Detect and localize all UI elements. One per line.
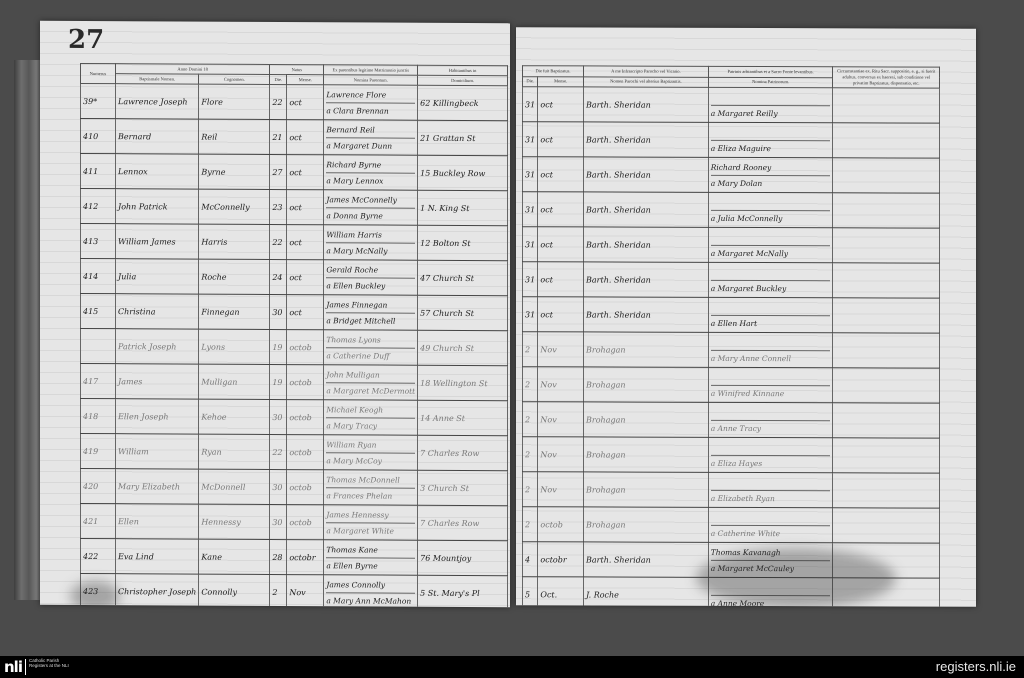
birth-day: 2 <box>270 574 287 607</box>
baptism-day: 2 <box>523 367 538 402</box>
mother: a Margaret McDermott <box>326 383 415 398</box>
birth-day: 30 <box>270 469 287 504</box>
father: James Hennessy <box>326 507 415 523</box>
sponsor-godfather <box>711 509 831 525</box>
birth-day: 19 <box>270 364 287 399</box>
baptismal-name: Lawrence Joseph <box>116 84 199 119</box>
minister: Brohagan <box>584 332 709 367</box>
header-residence: Habitantibus in <box>418 65 508 75</box>
baptism-month: octob <box>538 507 584 542</box>
entry-number: 417 <box>81 363 116 398</box>
header-domicile: Domicilium. <box>418 75 508 85</box>
entry-number: 422 <box>81 538 116 573</box>
baptism-month: oct <box>538 192 584 227</box>
baptismal-name: Christopher Joseph <box>116 574 199 608</box>
birth-month: oct <box>287 155 324 190</box>
birth-month: oct <box>287 225 324 260</box>
entry-number: 410 <box>81 118 116 153</box>
baptism-day: 31 <box>523 227 538 262</box>
table-row: 2octobBrohagan a Catherine White <box>523 507 940 543</box>
sponsor-godmother: a Ellen Hart <box>711 315 831 330</box>
table-row: 413William JamesHarris22octWilliam Harri… <box>81 223 508 260</box>
baptismal-name: Eva Lind <box>116 539 199 574</box>
address: 7 Charles Row <box>418 505 508 540</box>
address: 12 Bolton St <box>418 225 508 260</box>
sponsors: a Elizabeth Ryan <box>708 472 833 507</box>
minister: Barth. Sheridan <box>584 262 709 297</box>
table-row: 31octBarth. Sheridan a Julia McConnelly <box>523 192 940 228</box>
remarks <box>833 263 940 298</box>
parents: Thomas McDonnella Frances Phelan <box>324 470 418 505</box>
sponsor-godmother: a Winifred Kinnane <box>711 385 831 400</box>
birth-day: 22 <box>270 434 287 469</box>
surname: McDonnell <box>199 469 270 504</box>
baptism-month: Nov <box>538 437 584 472</box>
baptism-day: 31 <box>523 297 538 332</box>
sponsor-godmother: a Mary Dolan <box>711 175 831 190</box>
baptism-month: Nov <box>538 367 584 402</box>
remarks <box>833 193 940 228</box>
sponsor-godmother: a Anne Tracy <box>711 420 831 435</box>
surname: McConnelly <box>199 189 270 224</box>
birth-month: octobr <box>287 540 324 575</box>
address: 21 Grattan St <box>418 120 508 155</box>
mother: a Catherine Duff <box>326 348 415 363</box>
birth-day: 30 <box>270 504 287 539</box>
baptism-day: 31 <box>523 192 538 227</box>
baptismal-name: Ellen <box>116 504 199 539</box>
sponsor-godmother: a Eliza Maguire <box>711 140 831 155</box>
mother: a Mary McNally <box>326 243 415 258</box>
baptism-day: 31 <box>523 262 538 297</box>
remarks <box>833 123 940 158</box>
baptism-month: Nov <box>538 472 584 507</box>
baptism-day: 2 <box>523 507 538 542</box>
header-minister: Nomen Parochi vel alterius Baptizantis. <box>584 76 709 87</box>
header-month: Mense. <box>287 75 324 85</box>
surname: Finnegan <box>199 294 270 329</box>
baptism-month: oct <box>538 87 584 122</box>
baptismal-name: Mary Elizabeth <box>116 469 199 504</box>
header-number: Numerus <box>81 63 116 83</box>
table-row: 423Christopher JosephConnolly2NovJames C… <box>81 573 508 607</box>
birth-day: 27 <box>270 154 287 189</box>
page-stain <box>70 581 120 607</box>
sponsor-godmother: a Julia McConnelly <box>711 210 831 225</box>
parents: William Harrisa Mary McNally <box>324 225 418 260</box>
address: 1 N. King St <box>418 190 508 225</box>
birth-month: octob <box>287 470 324 505</box>
sponsors: a Margaret McNally <box>708 227 833 262</box>
header-parents: Ex parentibus legitime Matrimonio juncti… <box>324 65 418 75</box>
sponsors: a Margaret Reilly <box>708 87 833 122</box>
register-right-page: Die fuit Baptizatus. A me Infrascripto P… <box>516 27 976 607</box>
baptism-table-left: Numerus Anno Domini 18 Natus Ex parentib… <box>80 63 508 607</box>
baptismal-name: William <box>116 434 199 469</box>
sponsors: a Mary Anne Connell <box>708 332 833 367</box>
birth-day: 30 <box>270 294 287 329</box>
entry-number: 413 <box>81 223 116 258</box>
birth-day: 22 <box>270 224 287 259</box>
sponsors: a Eliza Maguire <box>708 122 833 157</box>
birth-month: oct <box>287 85 324 120</box>
birth-month: oct <box>287 295 324 330</box>
parents: Richard Byrnea Mary Lennox <box>324 155 418 190</box>
baptismal-name: Ellen Joseph <box>116 399 199 434</box>
parents: Lawrence Florea Clara Brennan <box>324 85 418 120</box>
table-row: 421EllenHennessy30octobJames Hennessya M… <box>81 503 508 540</box>
birth-month: oct <box>287 260 324 295</box>
parents: James McConnellya Donna Byrne <box>324 190 418 225</box>
father: Gerald Roche <box>326 262 415 278</box>
baptism-month: oct <box>538 262 584 297</box>
parents: John Mulligana Margaret McDermott <box>324 365 418 400</box>
surname: Mulligan <box>199 364 270 399</box>
father: James McConnelly <box>326 192 415 208</box>
remarks <box>833 298 940 333</box>
sponsor-godfather <box>711 299 831 315</box>
birth-day: 28 <box>270 539 287 574</box>
baptism-day: 2 <box>523 332 538 367</box>
address: 57 Church St <box>418 295 508 330</box>
baptism-month: oct <box>538 157 584 192</box>
baptism-day: 2 <box>523 402 538 437</box>
surname: Roche <box>199 259 270 294</box>
remarks <box>833 438 940 473</box>
sponsor-godfather <box>711 229 831 245</box>
address: 15 Buckley Row <box>418 155 508 190</box>
parents: Gerald Rochea Ellen Buckley <box>324 260 418 295</box>
parents: James Connollya Mary Ann McMahon <box>324 575 418 607</box>
sponsor-godmother: a Mary Anne Connell <box>711 350 831 365</box>
minister: Brohagan <box>584 507 709 542</box>
entry-number: 412 <box>81 188 116 223</box>
entry-number: 39* <box>81 83 116 118</box>
birth-month: octob <box>287 365 324 400</box>
sponsor-godfather <box>711 369 831 385</box>
header-born: Natus <box>270 64 324 74</box>
birth-day: 19 <box>270 329 287 364</box>
surname: Reil <box>199 119 270 154</box>
mother: a Margaret Dunn <box>326 138 415 153</box>
entry-number: 415 <box>81 293 116 328</box>
address: 3 Church St <box>418 470 508 505</box>
birth-day: 24 <box>270 259 287 294</box>
entry-number <box>81 328 116 363</box>
remarks <box>833 88 940 123</box>
father: William Harris <box>326 227 415 243</box>
sponsor-godmother: a Elizabeth Ryan <box>711 490 831 505</box>
table-row: 418Ellen JosephKehoe30octobMichael Keogh… <box>81 398 508 435</box>
logo-caption: Catholic Parish Registers at the NLI <box>29 658 69 668</box>
baptismal-name: Christina <box>116 294 199 329</box>
header-day: Die. <box>270 74 287 84</box>
table-row: 2NovBrohagan a Mary Anne Connell <box>523 332 940 368</box>
baptism-table-right: Die fuit Baptizatus. A me Infrascripto P… <box>522 65 940 607</box>
baptismal-name: Lennox <box>116 154 199 189</box>
sponsor-godfather <box>711 474 831 490</box>
baptism-month: octobr <box>538 542 584 577</box>
register-left-page: 27 Numerus Anno Domini 18 Natus Ex paren… <box>40 21 510 607</box>
sponsors: a Margaret Buckley <box>708 262 833 297</box>
sponsors: a Anne Tracy <box>708 402 833 437</box>
remarks <box>833 403 940 438</box>
mother: a Mary McCoy <box>326 453 415 468</box>
parents: Bernard Reila Margaret Dunn <box>324 120 418 155</box>
table-row: 419WilliamRyan22octobWilliam Ryana Mary … <box>81 433 508 470</box>
sponsor-godfather <box>711 124 831 140</box>
baptismal-name: William James <box>116 224 199 259</box>
header-minister-group: A me Infrascripto Parocho vel Vicario. <box>584 66 709 77</box>
birth-day: 23 <box>270 189 287 224</box>
entry-number: 419 <box>81 433 116 468</box>
father: Michael Keogh <box>326 402 415 418</box>
surname: Hennessy <box>199 504 270 539</box>
baptism-day: 5 <box>523 577 538 607</box>
remarks <box>833 228 940 263</box>
mother: a Mary Lennox <box>326 173 415 188</box>
sponsors: a Julia McConnelly <box>708 192 833 227</box>
sponsors: Richard Rooneya Mary Dolan <box>708 157 833 192</box>
sponsor-godfather <box>711 404 831 420</box>
birth-month: octob <box>287 400 324 435</box>
father: Lawrence Flore <box>326 87 415 103</box>
address: 47 Church St <box>418 260 508 295</box>
minister: Brohagan <box>584 437 709 472</box>
sponsor-godfather <box>711 439 831 455</box>
table-row: 2NovBrohagan a Anne Tracy <box>523 402 940 438</box>
remarks <box>833 508 940 543</box>
birth-month: octob <box>287 435 324 470</box>
sponsor-godfather <box>711 89 831 105</box>
mother: a Clara Brennan <box>326 103 415 118</box>
entry-number: 411 <box>81 153 116 188</box>
father: John Mulligan <box>326 367 415 383</box>
sponsors: a Ellen Hart <box>708 297 833 332</box>
surname: Ryan <box>199 434 270 469</box>
father: James Connolly <box>326 577 415 593</box>
header-parents-names: Nomina Parentum. <box>324 75 418 85</box>
table-row: 414JuliaRoche24octGerald Rochea Ellen Bu… <box>81 258 508 295</box>
mother: a Frances Phelan <box>326 488 415 503</box>
baptismal-name: James <box>116 364 199 399</box>
baptism-month: Nov <box>538 332 584 367</box>
sponsor-godmother: a Catherine White <box>711 525 831 540</box>
remarks <box>833 368 940 403</box>
baptism-month: oct <box>538 122 584 157</box>
address: 5 St. Mary's Pl <box>418 575 508 607</box>
minister: Barth. Sheridan <box>584 297 709 332</box>
nli-logo[interactable]: nli <box>4 658 22 676</box>
father: Richard Byrne <box>326 157 415 173</box>
sponsor-godfather <box>711 334 831 350</box>
table-row: 31octBarth. Sheridan a Margaret McNally <box>523 227 940 263</box>
birth-month: octob <box>287 505 324 540</box>
sponsors: a Eliza Hayes <box>708 437 833 472</box>
minister: Brohagan <box>584 402 709 437</box>
mother: a Mary Tracy <box>326 418 415 433</box>
table-row: 417JamesMulligan19octobJohn Mulligana Ma… <box>81 363 508 400</box>
surname: Lyons <box>199 329 270 364</box>
table-row: 2NovBrohagan a Eliza Hayes <box>523 437 940 473</box>
baptismal-name: Julia <box>116 259 199 294</box>
mother: a Margaret White <box>326 523 415 538</box>
birth-day: 21 <box>270 119 287 154</box>
header-bapt-month: Mense. <box>538 76 584 87</box>
sponsor-godmother: a Margaret Buckley <box>711 280 831 295</box>
header-remarks: Circumstantiae ex. Ritu Sacr. suppositio… <box>833 67 940 88</box>
minister: Barth. Sheridan <box>584 87 709 122</box>
header-sponsors-group: Patrinis adstantibus et a Sacro Fonte le… <box>708 66 833 77</box>
father: Thomas Kane <box>326 542 415 558</box>
parents: William Ryana Mary McCoy <box>324 435 418 470</box>
mother: a Ellen Byrne <box>326 558 415 573</box>
birth-day: 22 <box>270 84 287 119</box>
remarks <box>833 333 940 368</box>
entry-number: 418 <box>81 398 116 433</box>
sponsor-godmother: a Margaret McNally <box>711 245 831 260</box>
baptismal-name: Bernard <box>116 119 199 154</box>
father: Thomas Lyons <box>326 332 415 348</box>
table-row: 411LennoxByrne27octRichard Byrnea Mary L… <box>81 153 508 190</box>
table-row: 39*Lawrence JosephFlore22octLawrence Flo… <box>81 83 508 120</box>
birth-month: Nov <box>287 575 324 608</box>
baptismal-name: John Patrick <box>116 189 199 224</box>
parents: Michael Keogha Mary Tracy <box>324 400 418 435</box>
mother: a Ellen Buckley <box>326 278 415 293</box>
sponsor-godfather <box>711 264 831 280</box>
minister: J. Roche <box>584 577 709 607</box>
logo-divider <box>25 659 26 675</box>
sponsors: a Catherine White <box>708 507 833 542</box>
remarks <box>833 158 940 193</box>
table-row: Patrick JosephLyons19octobThomas Lyonsa … <box>81 328 508 365</box>
baptism-day: 31 <box>523 122 538 157</box>
minister: Barth. Sheridan <box>584 227 709 262</box>
page-number: 27 <box>68 25 104 55</box>
entry-number: 420 <box>81 468 116 503</box>
birth-month: octob <box>287 330 324 365</box>
sponsors: a Winifred Kinnane <box>708 367 833 402</box>
table-row: 31octBarth. Sheridan a Margaret Buckley <box>523 262 940 298</box>
address: 49 Church St <box>418 330 508 365</box>
father: James Finnegan <box>326 297 415 313</box>
address: 76 Mountjoy <box>418 540 508 575</box>
baptism-month: oct <box>538 297 584 332</box>
surname: Connolly <box>199 574 270 607</box>
site-link[interactable]: registers.nli.ie <box>936 659 1016 674</box>
baptism-day: 31 <box>523 157 538 192</box>
birth-month: oct <box>287 190 324 225</box>
minister: Barth. Sheridan <box>584 157 709 192</box>
baptism-month: oct <box>538 227 584 262</box>
entry-number: 421 <box>81 503 116 538</box>
father: Bernard Reil <box>326 122 415 138</box>
address: 7 Charles Row <box>418 435 508 470</box>
father: William Ryan <box>326 437 415 453</box>
footer-bar: nli Catholic Parish Registers at the NLI… <box>0 656 1024 678</box>
birth-day: 30 <box>270 399 287 434</box>
header-sponsors: Nomina Patrinorum. <box>708 77 833 88</box>
table-row: 410BernardReil21octBernard Reila Margare… <box>81 118 508 155</box>
baptism-month: Oct. <box>538 577 584 607</box>
parents: Thomas Kanea Ellen Byrne <box>324 540 418 575</box>
table-row: 420Mary ElizabethMcDonnell30octobThomas … <box>81 468 508 505</box>
table-row: 31octBarth. Sheridan a Eliza Maguire <box>523 122 940 158</box>
baptism-day: 4 <box>523 542 538 577</box>
minister: Brohagan <box>584 367 709 402</box>
parents: James Finnegana Bridget Mitchell <box>324 295 418 330</box>
mother: a Donna Byrne <box>326 208 415 223</box>
header-bapt-day: Die. <box>523 76 538 87</box>
minister: Brohagan <box>584 472 709 507</box>
minister: Barth. Sheridan <box>584 542 709 577</box>
parents: James Hennessya Margaret White <box>324 505 418 540</box>
remarks <box>833 473 940 508</box>
baptism-month: Nov <box>538 402 584 437</box>
baptism-day: 31 <box>523 87 538 122</box>
mother: a Mary Ann McMahon <box>326 593 415 607</box>
table-row: 422Eva LindKane28octobrThomas Kanea Elle… <box>81 538 508 575</box>
entry-number: 414 <box>81 258 116 293</box>
table-row: 2NovBrohagan a Elizabeth Ryan <box>523 472 940 508</box>
surname: Flore <box>199 84 270 119</box>
surname: Kane <box>199 539 270 574</box>
header-baptismal-name: Baptismale Nomen. <box>116 74 199 84</box>
address: 14 Anne St <box>418 400 508 435</box>
table-row: 31octBarth. Sheridan a Ellen Hart <box>523 297 940 333</box>
baptism-day: 2 <box>523 472 538 507</box>
minister: Barth. Sheridan <box>584 122 709 157</box>
header-surname: Cognomen. <box>199 74 270 84</box>
baptism-day: 2 <box>523 437 538 472</box>
sponsor-godmother: a Margaret Reilly <box>711 105 831 120</box>
table-row: 412John PatrickMcConnelly23octJames McCo… <box>81 188 508 225</box>
table-row: 415ChristinaFinnegan30octJames Finnegana… <box>81 293 508 330</box>
address: 62 Killingbeck <box>418 85 508 120</box>
page-stain <box>696 548 896 607</box>
sponsor-godfather <box>711 194 831 210</box>
image-viewer[interactable]: 27 Numerus Anno Domini 18 Natus Ex paren… <box>0 0 1024 656</box>
surname: Kehoe <box>199 399 270 434</box>
surname: Harris <box>199 224 270 259</box>
father: Thomas McDonnell <box>326 472 415 488</box>
sponsor-godfather: Richard Rooney <box>711 159 831 175</box>
surname: Byrne <box>199 154 270 189</box>
minister: Barth. Sheridan <box>584 192 709 227</box>
birth-month: oct <box>287 120 324 155</box>
address: 18 Wellington St <box>418 365 508 400</box>
sponsor-godmother: a Eliza Hayes <box>711 455 831 470</box>
table-row: 2NovBrohagan a Winifred Kinnane <box>523 367 940 403</box>
table-row: 31octBarth. SheridanRichard Rooneya Mary… <box>523 157 940 193</box>
parents: Thomas Lyonsa Catherine Duff <box>324 330 418 365</box>
mother: a Bridget Mitchell <box>326 313 415 328</box>
table-row: 31octBarth. Sheridan a Margaret Reilly <box>523 87 940 123</box>
baptismal-name: Patrick Joseph <box>116 329 199 364</box>
header-baptized: Die fuit Baptizatus. <box>523 66 584 77</box>
